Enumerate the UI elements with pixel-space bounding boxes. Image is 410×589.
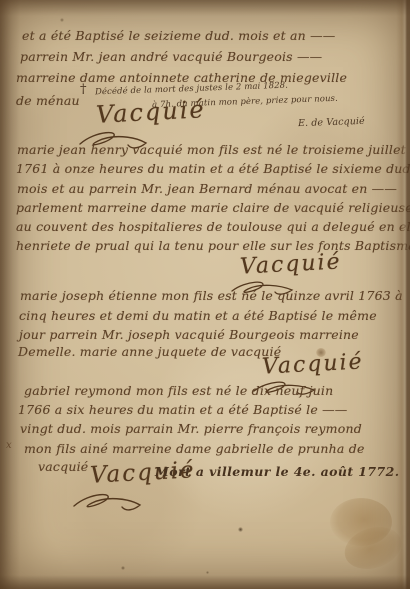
manuscript-page-photo: et a été Baptisé le seizieme dud. mois e… xyxy=(0,0,410,589)
manuscript-line: Demelle. marie anne juquete de vacquié xyxy=(18,344,281,359)
stain xyxy=(206,571,209,574)
signature-paraph-icon xyxy=(70,490,148,514)
stain xyxy=(60,18,64,22)
manuscript-line: mois et au parrein Mr. jean Bernard ména… xyxy=(17,181,397,196)
manuscript-line: jour parrein Mr. joseph vacquié Bourgeoi… xyxy=(19,327,359,342)
manuscript-line: et a été Baptisé le seizieme dud. mois e… xyxy=(22,28,335,43)
cross-icon: † xyxy=(80,82,87,97)
manuscript-line: de ménau xyxy=(16,93,80,108)
signature-vacquie: Vacquié xyxy=(261,349,364,379)
signature-vacquie: Vacquié xyxy=(95,95,206,129)
page-edge-shadow xyxy=(0,575,410,589)
manuscript-line: marreine dame antoinnete catherine de mi… xyxy=(16,70,347,85)
manuscript-line: marie jean henry vacquié mon fils est né… xyxy=(17,142,406,157)
manuscript-line: 1766 a six heures du matin et a été Bapt… xyxy=(18,402,348,417)
manuscript-line: marie joseph étienne mon fils est né le … xyxy=(20,288,403,303)
manuscript-line: au couvent des hospitalieres de toulouse… xyxy=(16,219,410,234)
manuscript-line: gabriel reymond mon fils est né le dix n… xyxy=(24,383,333,398)
manuscript-line: henriete de prual qui la tenu pour elle … xyxy=(16,238,410,253)
manuscript-line: parlement marreine dame marie claire de … xyxy=(16,200,410,215)
manuscript-line: vacquié xyxy=(38,459,88,474)
stain xyxy=(121,566,125,570)
manuscript-line: 1761 à onze heures du matin et a été Bap… xyxy=(16,161,410,176)
death-note: Mort a villemur le 4e. août 1772. xyxy=(155,464,399,479)
signature-vacquie: Vacquié xyxy=(239,249,342,279)
manuscript-line: mon fils ainé marreine dame gabrielle de… xyxy=(24,441,365,456)
stain xyxy=(330,498,392,546)
manuscript-line: cinq heures et demi du matin et a été Ba… xyxy=(19,308,377,323)
stain xyxy=(339,520,407,576)
manuscript-line: parrein Mr. jean andré vacquié Bourgeois… xyxy=(20,49,322,64)
margin-x-mark: x xyxy=(6,440,12,451)
manuscript-line: vingt dud. mois parrain Mr. pierre franç… xyxy=(20,421,362,436)
page-gutter-shadow xyxy=(0,0,20,589)
marginal-note-signature: E. de Vacquié xyxy=(298,116,365,129)
page-edge-shadow xyxy=(0,0,410,16)
stain xyxy=(238,527,243,532)
